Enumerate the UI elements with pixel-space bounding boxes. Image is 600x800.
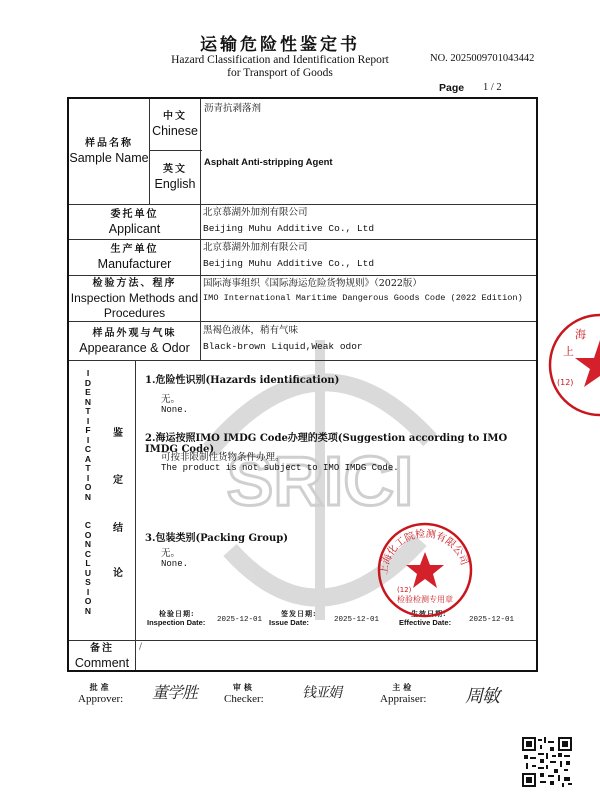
manufacturer-en: Beijing Muhu Additive Co., Ltd	[203, 256, 374, 272]
section-2-text-en: The product is not subject to IMO IMDG C…	[161, 463, 399, 473]
manufacturer-value: 北京慕湖外加剂有限公司 Beijing Muhu Additive Co., L…	[203, 240, 374, 272]
report-title-cn: 运输危险性鉴定书	[0, 30, 600, 55]
qr-code-icon	[522, 737, 572, 787]
appraiser-label: 主检 Appraiser:	[380, 682, 426, 705]
sample-name-english-value: Asphalt Anti-stripping Agent	[204, 155, 333, 171]
effective-date-label: 生效日期: Effective Date:	[399, 609, 451, 628]
inspection-methods-value: 国际海事组织《国际海运危险货物规则》（2022版） IMO Internatio…	[203, 277, 523, 305]
svg-text:(12): (12)	[557, 378, 573, 387]
section-3-text-cn: 无。	[161, 545, 180, 559]
applicant-cn: 北京慕湖外加剂有限公司	[203, 205, 374, 221]
manufacturer-label: 生产单位 Manufacturer	[69, 240, 200, 275]
sample-name-en-text: Asphalt Anti-stripping Agent	[204, 157, 333, 168]
section-3-title: 3.包装类别(Packing Group)	[145, 529, 288, 544]
appearance-label-cn: 样品外观与气味	[93, 327, 177, 341]
report-number: NO. 2025009701043442	[430, 53, 534, 64]
chinese-label: 中文 Chinese	[150, 99, 200, 150]
applicant-label: 委托单位 Applicant	[69, 205, 200, 239]
checker-label: 审核 Checker:	[224, 682, 264, 705]
checker-signature: 钱亚娟	[302, 682, 341, 702]
title-en-line1: Hazard Classification and Identification…	[150, 54, 410, 67]
appraiser-signature: 周敏	[465, 682, 499, 708]
effective-date-value: 2025-12-01	[469, 616, 514, 624]
applicant-value: 北京慕湖外加剂有限公司 Beijing Muhu Additive Co., L…	[203, 205, 374, 237]
inspection-methods-label-en2: Procedures	[104, 306, 165, 321]
section-2-text-cn: 可按非限制性货物条件办理。	[161, 449, 285, 463]
comment-value: /	[139, 639, 142, 655]
approver-label: 批准 Approver:	[78, 682, 123, 705]
manufacturer-cn: 北京慕湖外加剂有限公司	[203, 240, 374, 256]
comment-label-en: Comment	[75, 656, 129, 671]
effective-date-label-en: Effective Date:	[399, 618, 451, 628]
conclusion-char-1: 鉴	[103, 424, 133, 439]
english-label-en: English	[155, 177, 196, 192]
appearance-value: 黑褐色液体，稍有气味 Black-brown Liquid,Weak odor	[203, 323, 363, 355]
sample-name-label: 样品名称 Sample Name	[69, 99, 149, 204]
applicant-label-en: Applicant	[109, 222, 160, 237]
conclusion-vertical-label-en: I D E N T I F I C A T I O N C O N C L U …	[73, 369, 103, 616]
sample-name-cn-text: 沥青抗剥落剂	[204, 103, 261, 114]
appearance-en: Black-brown Liquid,Weak odor	[203, 339, 363, 355]
inspection-methods-label: 检验方法、程序 Inspection Methods and Procedure…	[69, 276, 200, 321]
appearance-label-en: Appearance & Odor	[79, 341, 190, 356]
approver-signature: 董学胜	[152, 680, 197, 703]
page-label: Page	[439, 82, 464, 94]
manufacturer-label-cn: 生产单位	[111, 243, 159, 257]
approver-label-en: Approver:	[78, 693, 123, 705]
inspection-methods-label-cn: 检验方法、程序	[93, 277, 177, 291]
svg-text:海: 海	[575, 327, 586, 341]
appearance-cn: 黑褐色液体，稍有气味	[203, 323, 363, 339]
section-3-text-en: None.	[161, 559, 188, 569]
checker-label-cn: 审核	[224, 682, 264, 693]
appearance-label: 样品外观与气味 Appearance & Odor	[69, 322, 200, 360]
sample-name-label-en: Sample Name	[69, 151, 148, 166]
report-title-en: Hazard Classification and Identification…	[150, 54, 410, 80]
comment-label: 备注 Comment	[69, 641, 135, 671]
manufacturer-label-en: Manufacturer	[98, 257, 172, 272]
conclusion-char-4: 论	[103, 564, 133, 579]
inspection-date-label-cn: 检验日期:	[147, 609, 205, 618]
checker-label-en: Checker:	[224, 693, 264, 705]
conclusion-char-3: 结	[103, 519, 133, 534]
section-1-text-en: None.	[161, 405, 188, 415]
applicant-en: Beijing Muhu Additive Co., Ltd	[203, 221, 374, 237]
report-table: 样品名称 Sample Name 中文 Chinese 沥青抗剥落剂 英文 En…	[67, 97, 538, 672]
inspection-date-value: 2025-12-01	[217, 616, 262, 624]
svg-text:上: 上	[563, 344, 574, 358]
inspection-methods-en: IMO International Maritime Dangerous Goo…	[203, 291, 523, 305]
issue-date-value: 2025-12-01	[334, 616, 379, 624]
conclusion-char-2: 定	[103, 471, 133, 486]
inspection-date-label: 检验日期: Inspection Date:	[147, 609, 205, 628]
issue-date-label-en: Issue Date:	[269, 618, 317, 628]
sample-name-chinese-value: 沥青抗剥落剂	[204, 101, 261, 117]
section-1-title: 1.危险性识别(Hazards identification)	[145, 371, 339, 386]
applicant-label-cn: 委托单位	[111, 208, 159, 222]
inspection-date-label-en: Inspection Date:	[147, 618, 205, 628]
approver-label-cn: 批准	[78, 682, 123, 693]
section-1-text-cn: 无。	[161, 391, 180, 405]
title-en-line2: for Transport of Goods	[150, 67, 410, 80]
effective-date-label-cn: 生效日期:	[399, 609, 451, 618]
inspection-methods-label-en1: Inspection Methods and	[71, 291, 198, 306]
issue-date-label: 签发日期: Issue Date:	[269, 609, 317, 628]
chinese-label-cn: 中文	[163, 110, 187, 124]
chinese-label-en: Chinese	[152, 124, 198, 139]
appraiser-label-cn: 主检	[380, 682, 426, 693]
english-label: 英文 English	[150, 151, 200, 204]
english-label-cn: 英文	[163, 163, 187, 177]
appraiser-label-en: Appraiser:	[380, 693, 426, 705]
issue-date-label-cn: 签发日期:	[269, 609, 317, 618]
page-number: 1 / 2	[483, 82, 502, 93]
inspection-methods-cn: 国际海事组织《国际海运危险货物规则》（2022版）	[203, 277, 523, 291]
official-seal-icon: 上 海 (12)	[545, 310, 600, 420]
comment-label-cn: 备注	[90, 642, 114, 656]
sample-name-label-cn: 样品名称	[85, 137, 133, 151]
